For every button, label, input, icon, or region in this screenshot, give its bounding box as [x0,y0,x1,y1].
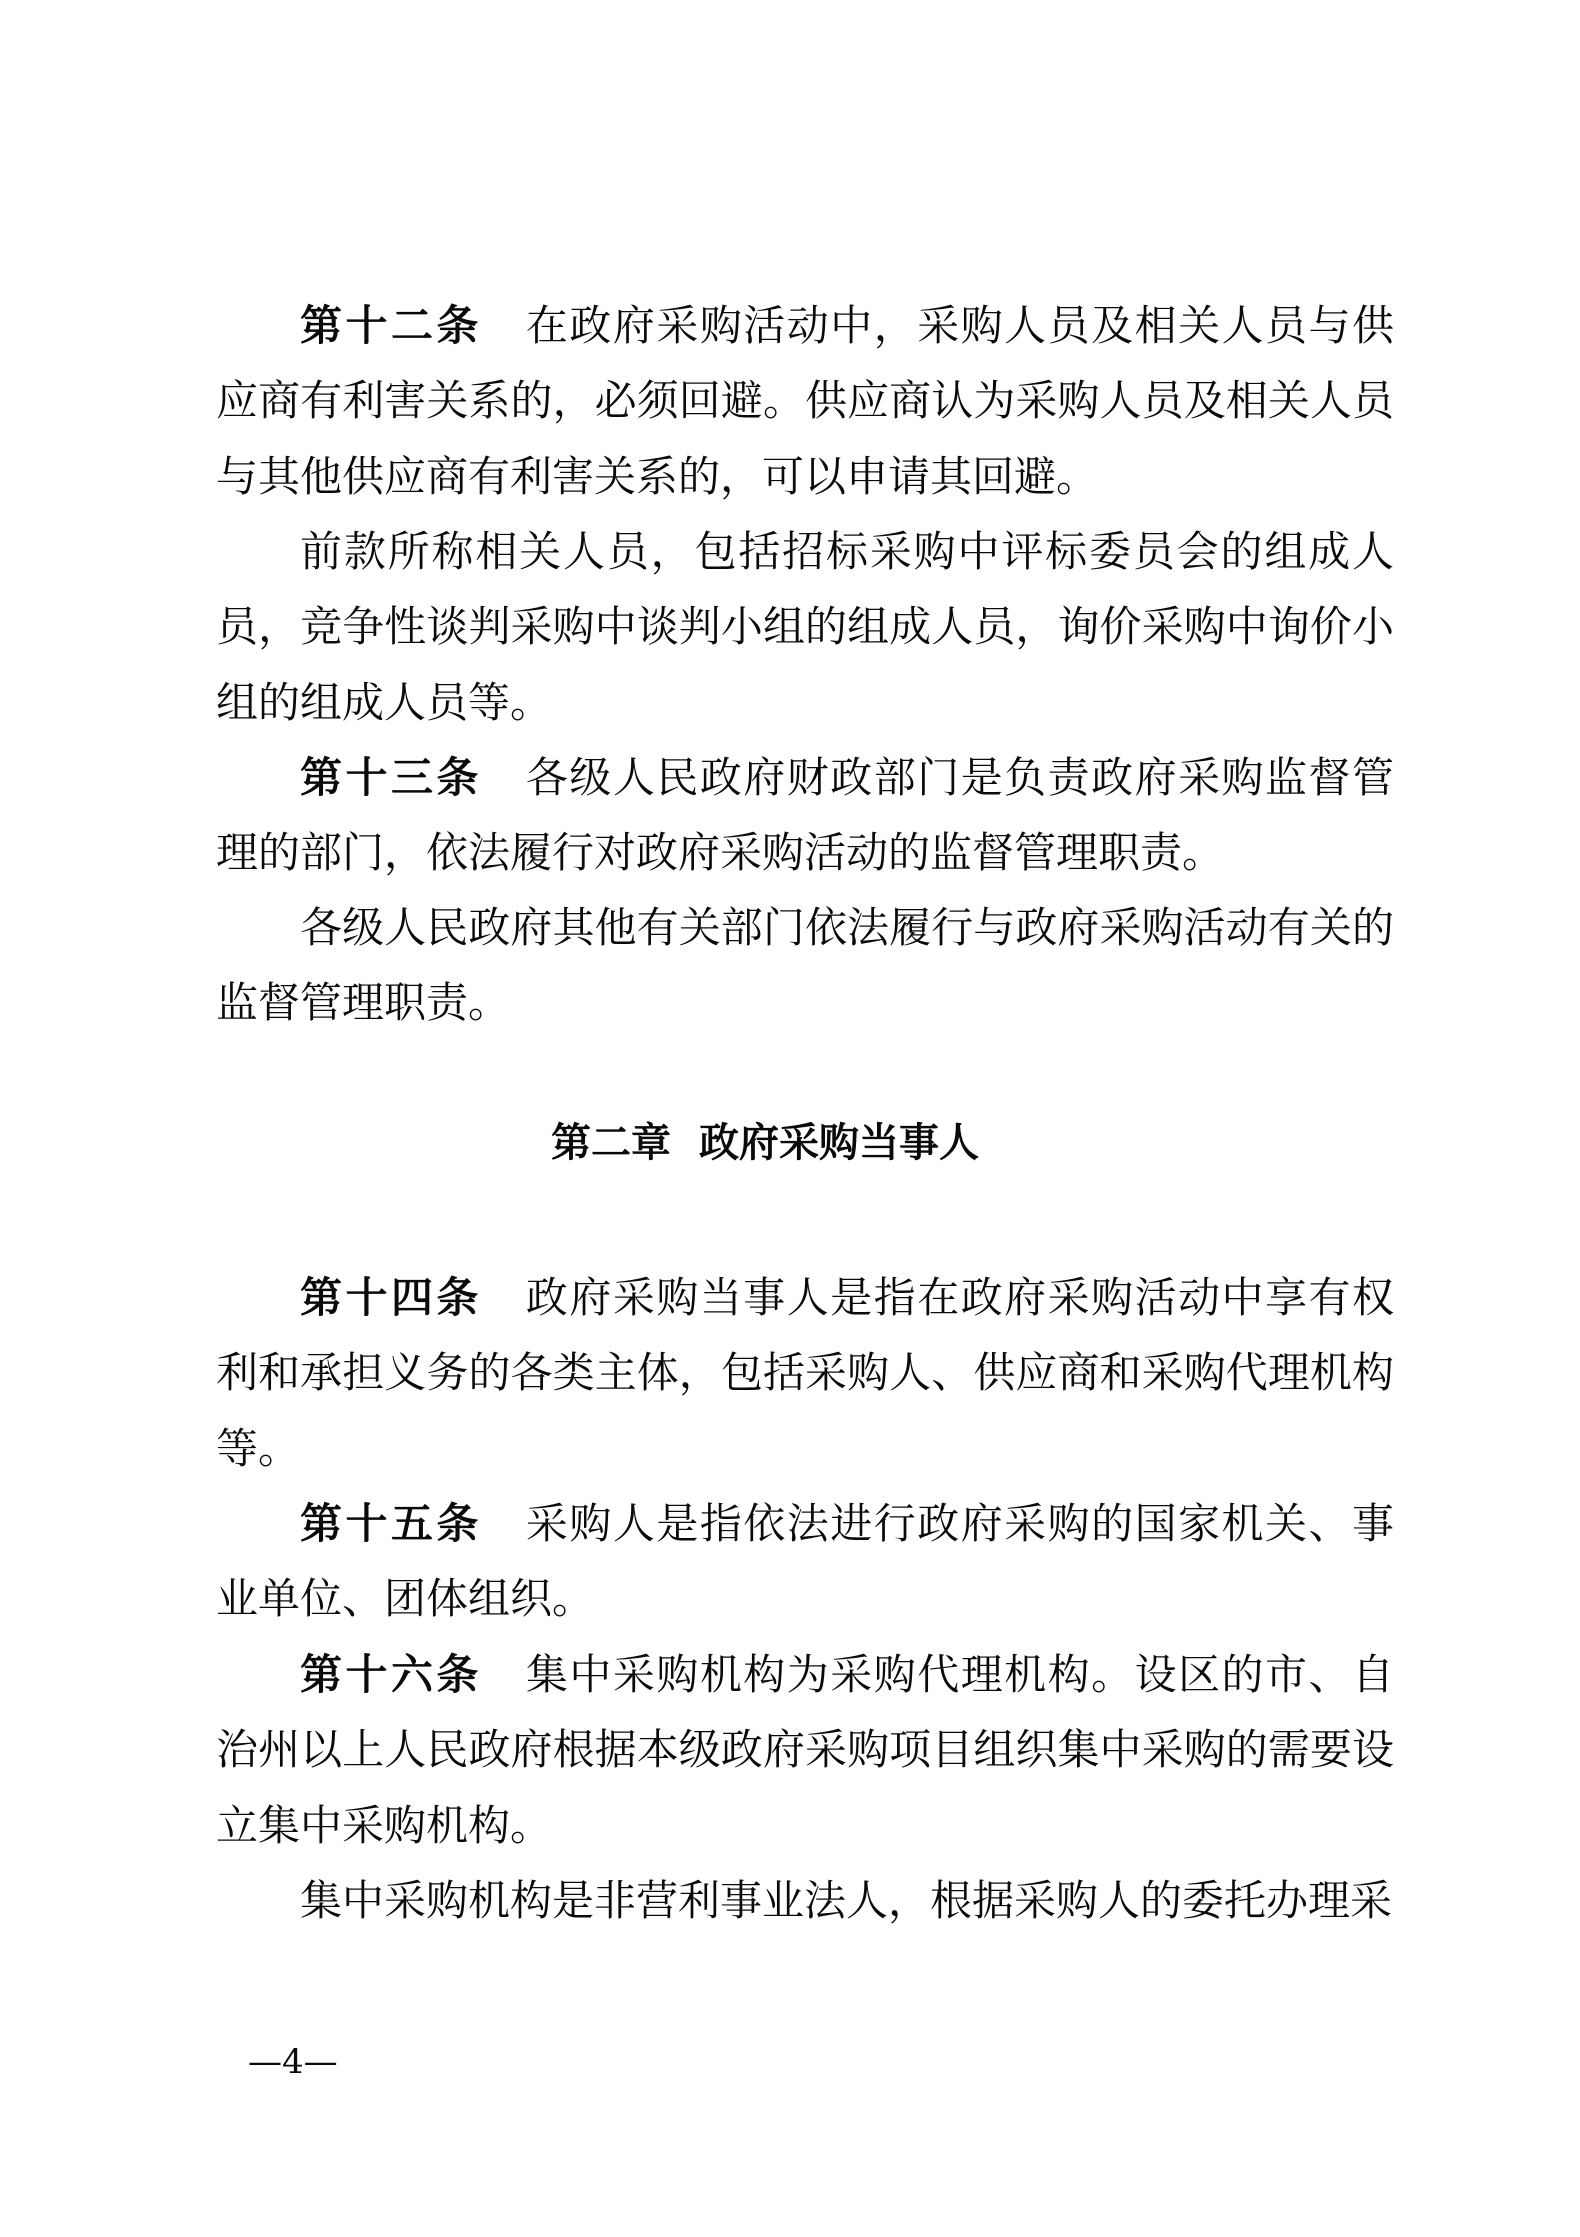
chapter-number: 第二章 [551,1120,671,1166]
paragraph-article-15: 第十五条采购人是指依法进行政府采购的国家机关、事业单位、团体组织。 [216,1486,1394,1637]
chapter-heading-inner: 第二章政府采购当事人 [551,1120,979,1166]
paragraph-article-13: 第十三条各级人民政府财政部门是负责政府采购监督管理的部门，依法履行对政府采购活动… [216,740,1394,891]
paragraph-article-16-clause-2: 集中采购机构是非营利事业法人，根据采购人的委托办理采 [216,1863,1394,1938]
page-number: —4— [248,2042,338,2082]
paragraph-article-12-clause-2: 前款所称相关人员，包括招标采购中评标委员会的组成人员，竞争性谈判采购中谈判小组的… [216,514,1394,740]
paragraph-text: 前款所称相关人员，包括招标采购中评标委员会的组成人员，竞争性谈判采购中谈判小组的… [216,527,1394,727]
paragraph-article-16: 第十六条集中采购机构为采购代理机构。设区的市、自治州以上人民政府根据本级政府采购… [216,1637,1394,1863]
article-number: 第十四条 [300,1273,482,1322]
article-number: 第十二条 [300,301,482,350]
paragraph-text: 集中采购机构是非营利事业法人，根据采购人的委托办理采 [300,1876,1392,1925]
article-number: 第十三条 [300,753,482,802]
paragraph-text: 各级人民政府其他有关部门依法履行与政府采购活动有关的监督管理职责。 [216,903,1394,1027]
document-page: 第十二条在政府采购活动中，采购人员及相关人员与供应商有利害关系的，必须回避。供应… [0,0,1580,2237]
article-number: 第十五条 [300,1499,482,1548]
paragraph-article-14: 第十四条政府采购当事人是指在政府采购活动中享有权利和承担义务的各类主体，包括采购… [216,1260,1394,1486]
paragraph-article-13-clause-2: 各级人民政府其他有关部门依法履行与政府采购活动有关的监督管理职责。 [216,890,1394,1041]
chapter-title: 政府采购当事人 [699,1120,979,1166]
paragraph-article-12: 第十二条在政府采购活动中，采购人员及相关人员与供应商有利害关系的，必须回避。供应… [216,288,1394,514]
chapter-heading: 第二章政府采购当事人 [216,1106,1394,1181]
article-number: 第十六条 [300,1650,482,1699]
